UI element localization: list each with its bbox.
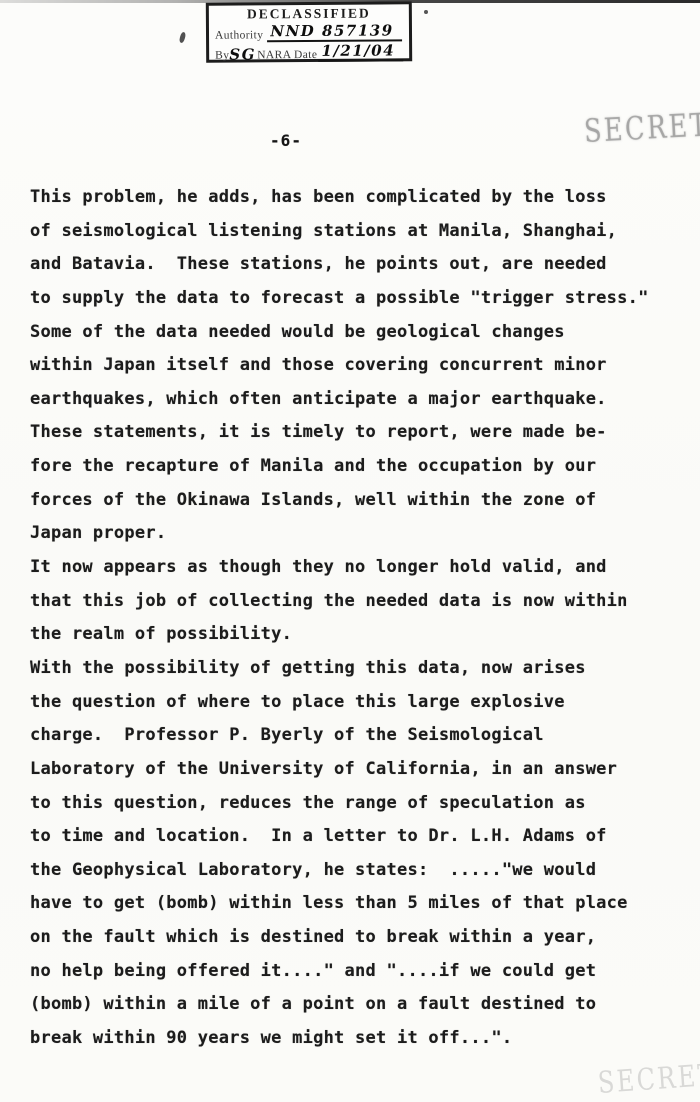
text-line: that this job of collecting the needed d… — [30, 585, 690, 619]
text-line: the realm of possibility. — [30, 618, 690, 652]
text-line: With the possibility of getting this dat… — [30, 652, 690, 686]
text-line: (bomb) within a mile of a point on a fau… — [30, 988, 690, 1022]
text-line: forces of the Okinawa Islands, well with… — [30, 484, 690, 518]
text-line: have to get (bomb) within less than 5 mi… — [30, 887, 690, 921]
page-number: -6- — [250, 131, 322, 150]
nara-date-label: NARA Date — [257, 49, 317, 62]
document-page: DECLASSIFIED Authority NND 857139 By SG … — [0, 0, 700, 1102]
text-line: no help being offered it...." and "....i… — [30, 955, 690, 989]
secret-watermark-bottom: SECRET — [597, 1058, 700, 1101]
authority-row: Authority NND 857139 — [215, 23, 403, 42]
declassified-label: DECLASSIFIED — [215, 5, 403, 22]
declassified-stamp: DECLASSIFIED Authority NND 857139 By SG … — [206, 1, 412, 62]
text-line: fore the recapture of Manila and the occ… — [30, 450, 690, 484]
text-line: charge. Professor P. Byerly of the Seism… — [30, 719, 690, 753]
date-value: 1/21/04 — [318, 43, 403, 62]
by-initials: SG — [229, 47, 256, 62]
text-line: Japan proper. — [30, 517, 690, 551]
authority-label: Authority — [215, 29, 263, 42]
text-line: the Geophysical Laboratory, he states: .… — [30, 854, 690, 888]
text-line: within Japan itself and those covering c… — [30, 349, 690, 383]
text-line: It now appears as though they no longer … — [30, 551, 690, 585]
text-line: earthquakes, which often anticipate a ma… — [30, 383, 690, 417]
by-label: By — [215, 50, 229, 63]
nara-date-row: By SG NARA Date 1/21/04 — [215, 43, 403, 62]
scan-speck — [424, 10, 428, 14]
text-line: This problem, he adds, has been complica… — [30, 181, 690, 215]
text-line: Laboratory of the University of Californ… — [30, 753, 690, 787]
text-line: These statements, it is timely to report… — [30, 416, 690, 450]
secret-watermark-top: SECRET — [583, 105, 700, 150]
text-line: and Batavia. These stations, he points o… — [30, 248, 690, 282]
text-line: the question of where to place this larg… — [30, 686, 690, 720]
text-line: Some of the data needed would be geologi… — [30, 316, 690, 350]
text-line: to supply the data to forecast a possibl… — [30, 282, 690, 316]
text-line: break within 90 years we might set it of… — [30, 1022, 690, 1056]
document-body: This problem, he adds, has been complica… — [30, 181, 690, 1056]
authority-value: NND 857139 — [267, 23, 401, 42]
scan-speck — [179, 32, 187, 44]
text-line: of seismological listening stations at M… — [30, 215, 690, 249]
text-line: on the fault which is destined to break … — [30, 921, 690, 955]
text-line: to time and location. In a letter to Dr.… — [30, 820, 690, 854]
text-line: to this question, reduces the range of s… — [30, 787, 690, 821]
